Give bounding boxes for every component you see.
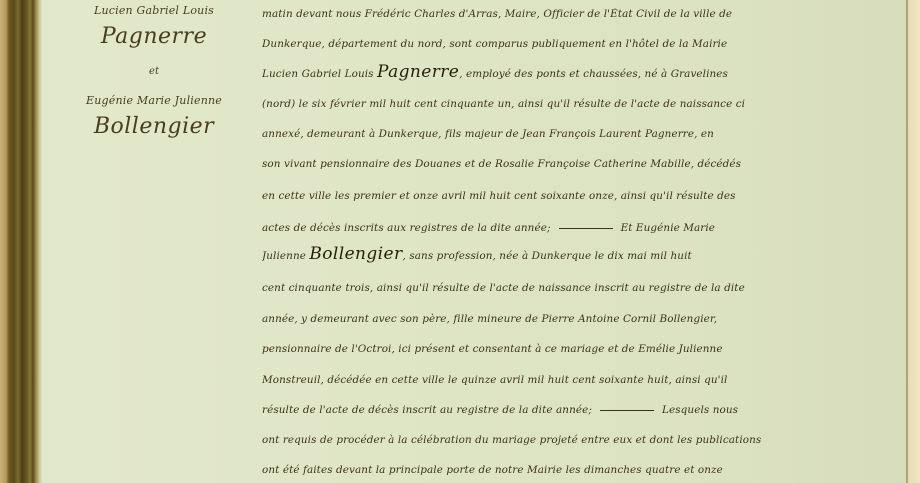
groom-surname-inline: Pagnerre: [377, 62, 459, 82]
text-line: son vivant pensionnaire des Douanes et d…: [262, 158, 902, 170]
text-line: ont requis de procéder à la célébration …: [262, 434, 902, 446]
line-suffix: Lesquels nous: [662, 404, 738, 416]
page-edge: [908, 0, 920, 483]
text-line: Lucien Gabriel Louis Pagnerre, employé d…: [262, 62, 902, 82]
conjunction: et: [44, 66, 264, 77]
line-suffix: Et Eugénie Marie: [621, 222, 715, 234]
text-line: Monstreuil, décédée en cette ville le qu…: [262, 374, 902, 386]
filler-dash: [559, 228, 613, 229]
register-page: Lucien Gabriel Louis Pagnerre et Eugénie…: [0, 0, 920, 483]
text-line: matin devant nous Frédéric Charles d'Arr…: [262, 8, 902, 20]
groom-surname: Pagnerre: [44, 24, 264, 49]
act-body: matin devant nous Frédéric Charles d'Arr…: [262, 0, 902, 483]
text-line: Julienne Bollengier, sans profession, né…: [262, 244, 902, 264]
text-line: année, y demeurant avec son père, fille …: [262, 313, 902, 325]
text-line: pensionnaire de l'Octroi, ici présent et…: [262, 343, 902, 355]
line-prefix: Julienne: [262, 250, 309, 262]
text-line: en cette ville les premier et onze avril…: [262, 190, 902, 202]
text-line: résulte de l'acte de décès inscrit au re…: [262, 404, 902, 416]
line-prefix: Lucien Gabriel Louis: [262, 68, 377, 80]
text-line: (nord) le six février mil huit cent cinq…: [262, 98, 902, 110]
text-line: ont été faites devant la principale port…: [262, 464, 902, 476]
filler-dash: [600, 410, 654, 411]
line-suffix: , employé des ponts et chaussées, né à G…: [459, 68, 728, 80]
bride-surname-inline: Bollengier: [309, 244, 402, 264]
line-prefix: actes de décès inscrits aux registres de…: [262, 222, 551, 234]
groom-given-names: Lucien Gabriel Louis: [44, 4, 264, 17]
line-suffix: , sans profession, née à Dunkerque le di…: [403, 250, 692, 262]
bride-given-names: Eugénie Marie Julienne: [44, 94, 264, 107]
margin-annotation: Lucien Gabriel Louis Pagnerre et Eugénie…: [44, 0, 264, 483]
text-line: cent cinquante trois, ainsi qu'il résult…: [262, 282, 902, 294]
text-line: annexé, demeurant à Dunkerque, fils maje…: [262, 128, 902, 140]
book-binding: [0, 0, 42, 483]
text-line: Dunkerque, département du nord, sont com…: [262, 38, 902, 50]
text-line: actes de décès inscrits aux registres de…: [262, 222, 902, 234]
line-prefix: résulte de l'acte de décès inscrit au re…: [262, 404, 592, 416]
bride-surname: Bollengier: [44, 114, 264, 139]
